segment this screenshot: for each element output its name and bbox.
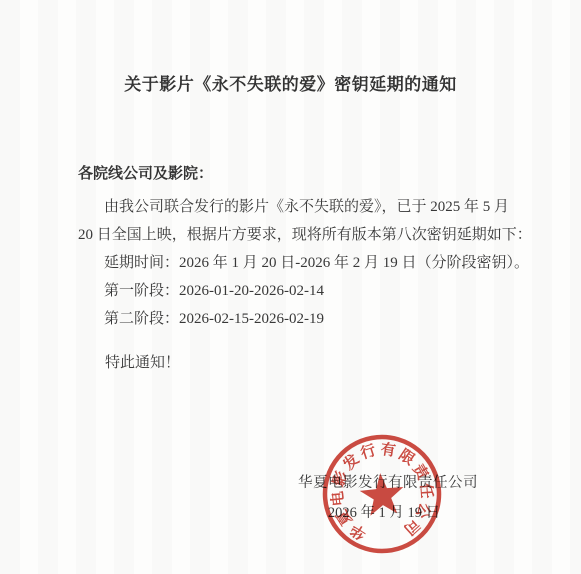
body-line: 第二阶段：2026-02-15-2026-02-19 — [78, 305, 511, 333]
company-seal: 华夏电影发行有限责任公司 — [306, 418, 458, 570]
svg-text:有: 有 — [380, 440, 397, 460]
document-title: 关于影片《永不失联的爱》密钥延期的通知 — [0, 70, 581, 95]
body-line: 延期时间：2026 年 1 月 20 日-2026 年 2 月 19 日（分阶段… — [78, 249, 511, 277]
svg-text:行: 行 — [358, 441, 378, 463]
salutation: 各院线公司及影院： — [78, 162, 213, 183]
star-icon — [358, 471, 405, 516]
body-line: 第一阶段：2026-01-20-2026-02-14 — [78, 277, 511, 305]
body-line: 由我公司联合发行的影片《永不失联的爱》，已于 2025 年 5 月 — [78, 193, 511, 221]
svg-text:电: 电 — [328, 490, 347, 507]
notice-document: 关于影片《永不失联的爱》密钥延期的通知 各院线公司及影院： 由我公司联合发行的影… — [0, 0, 581, 574]
document-body: 由我公司联合发行的影片《永不失联的爱》，已于 2025 年 5 月 20 日全国… — [78, 193, 511, 333]
body-line: 20 日全国上映，根据片方要求，现将所有版本第八次密钥延期如下： — [78, 221, 511, 249]
closing-statement: 特此通知！ — [105, 351, 180, 372]
svg-text:影: 影 — [329, 469, 351, 489]
svg-text:任: 任 — [417, 483, 436, 499]
